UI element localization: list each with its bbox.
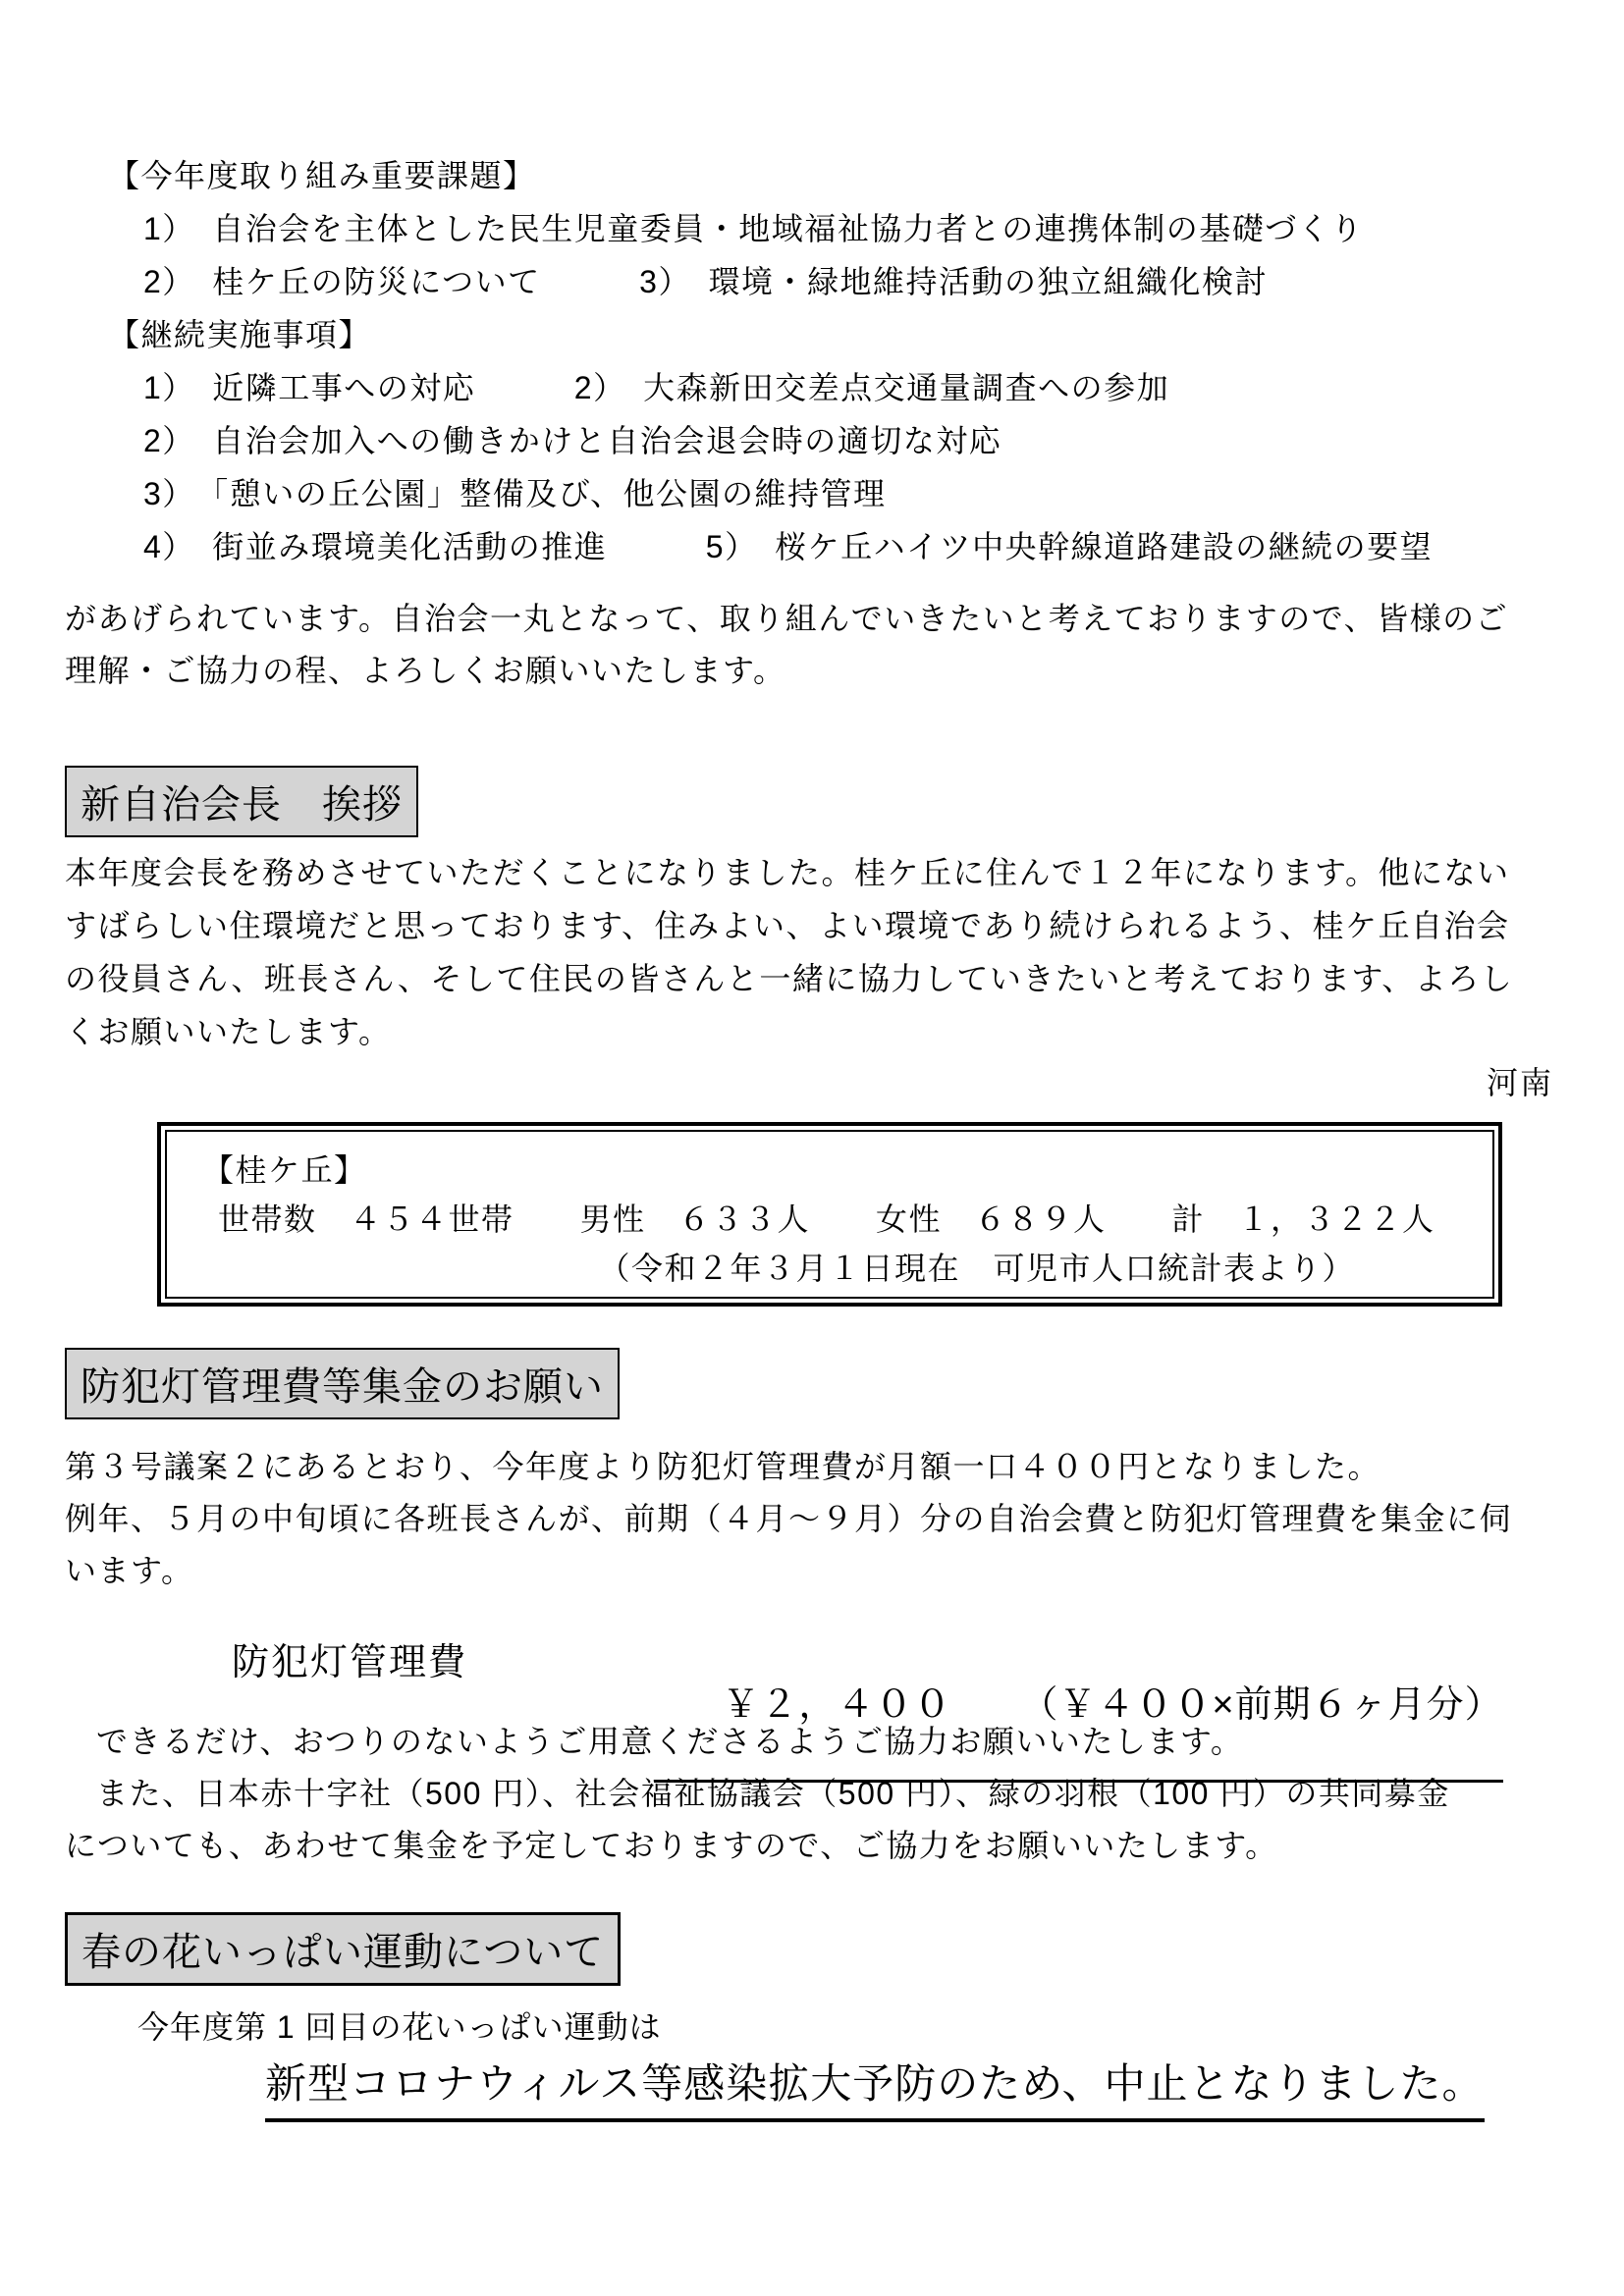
closing-line: があげられています。自治会一丸となって、取り組んでいきたいと考えておりますので、… (65, 593, 1577, 645)
flower-intro: 今年度第 1 回目の花いっぱい運動は (137, 2002, 662, 2048)
greeting-line: の役員さん、班長さん、そして住民の皆さんと一緒に協力していきたいと考えております… (65, 952, 1577, 1005)
flower-heading: 春の花いっぱい運動について (65, 1912, 621, 1986)
chairman-signature: 河南 (1487, 1058, 1553, 1103)
fee-heading-wrap: 防犯灯管理費等集金のお願い (65, 1348, 620, 1419)
fee-para2-line: また、日本赤十字社（500 円）、社会福祉協議会（500 円）、緑の羽根（100… (65, 1768, 1577, 1820)
fee-label: 防犯灯管理費 (232, 1631, 467, 1685)
fee-para1-line: 第３号議案２にあるとおり、今年度より防犯灯管理費が月額一口４００円となりました。 (65, 1441, 1577, 1493)
continuing-line: 4） 街並み環境美化活動の推進 5） 桜ケ丘ハイツ中央幹線道路建設の継続の要望 (65, 520, 1577, 573)
closing-paragraph: があげられています。自治会一丸となって、取り組んでいきたいと考えておりますので、… (65, 593, 1577, 697)
greeting-heading: 新自治会長 挨拶 (65, 766, 418, 837)
section-activity-lists: 【今年度取り組み重要課題】 1） 自治会を主体とした民生児童委員・地域福祉協力者… (65, 149, 1577, 573)
population-box: 【桂ケ丘】 世帯数 ４５４世帯 男性 ６３３人 女性 ６８９人 計 １，３２２人… (157, 1122, 1502, 1307)
fee-amount-row: 防犯灯管理費 ￥２，４００（￥４００×前期６ヶ月分） (65, 1631, 1577, 1700)
key-issues-title: 【今年度取り組み重要課題】 (65, 149, 1577, 202)
key-issues-line: 1） 自治会を主体とした民生児童委員・地域福祉協力者との連携体制の基礎づくり (65, 202, 1577, 255)
population-data-line: 世帯数 ４５４世帯 男性 ６３３人 女性 ６８９人 計 １，３２２人 (202, 1195, 1492, 1244)
greeting-paragraph: 本年度会長を務めさせていただくことになりました。桂ケ丘に住んで１２年になります。… (65, 846, 1577, 1058)
greeting-heading-wrap: 新自治会長 挨拶 (65, 766, 418, 837)
fee-para2-line: できるだけ、おつりのないようご用意くださるようご協力お願いいたします。 (65, 1716, 1577, 1768)
fee-para1-line: 例年、５月の中旬頃に各班長さんが、前期（４月～９月）分の自治会費と防犯灯管理費を… (65, 1493, 1577, 1545)
key-issues-line: 2） 桂ケ丘の防災について 3） 環境・緑地維持活動の独立組織化検討 (65, 255, 1577, 308)
continuing-items-title: 【継続実施事項】 (65, 308, 1577, 361)
cancellation-notice: 新型コロナウィルス等感染拡大予防のため、中止となりました。 (265, 2052, 1485, 2122)
fee-paragraph-1: 第３号議案２にあるとおり、今年度より防犯灯管理費が月額一口４００円となりました。… (65, 1441, 1577, 1597)
continuing-line: 2） 自治会加入への働きかけと自治会退会時の適切な対応 (65, 414, 1577, 467)
fee-heading: 防犯灯管理費等集金のお願い (65, 1348, 620, 1419)
closing-line: 理解・ご協力の程、よろしくお願いいたします。 (65, 645, 1577, 697)
greeting-line: 本年度会長を務めさせていただくことになりました。桂ケ丘に住んで１２年になります。… (65, 846, 1577, 899)
continuing-line: 3） 「憩いの丘公園」整備及び、他公園の維持管理 (65, 467, 1577, 520)
population-box-title: 【桂ケ丘】 (202, 1146, 1492, 1195)
newsletter-page: 【今年度取り組み重要課題】 1） 自治会を主体とした民生児童委員・地域福祉協力者… (0, 0, 1624, 2296)
greeting-line: すばらしい住環境だと思っております、住みよい、よい環境であり続けられるよう、桂ケ… (65, 899, 1577, 952)
greeting-line: くお願いいたします。 (65, 1005, 1577, 1058)
fee-para2-line: についても、あわせて集金を予定しておりますので、ご協力をお願いいたします。 (65, 1820, 1577, 1872)
fee-para1-line: います。 (65, 1545, 1577, 1597)
flower-heading-wrap: 春の花いっぱい運動について (65, 1912, 621, 1986)
fee-paragraph-2: できるだけ、おつりのないようご用意くださるようご協力お願いいたします。 また、日… (65, 1716, 1577, 1872)
population-box-inner: 【桂ケ丘】 世帯数 ４５４世帯 男性 ６３３人 女性 ６８９人 計 １，３２２人… (165, 1130, 1494, 1299)
population-source-line: （令和２年３月１日現在 可児市人口統計表より） (202, 1244, 1492, 1293)
continuing-line: 1） 近隣工事への対応 2） 大森新田交差点交通量調査への参加 (65, 361, 1577, 414)
